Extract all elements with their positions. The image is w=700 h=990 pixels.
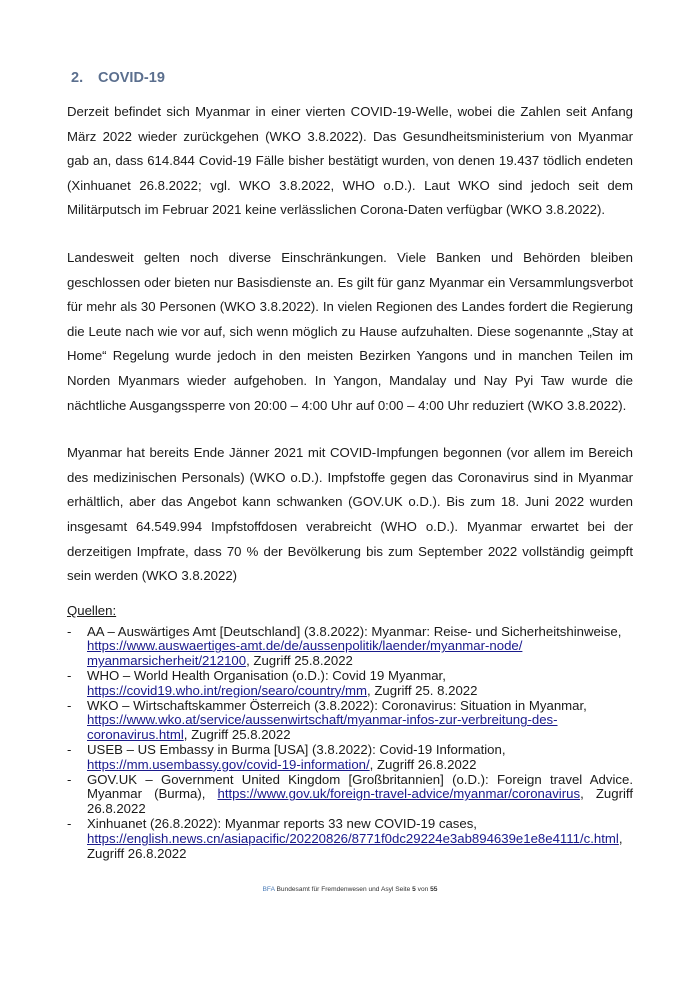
- footer-page-current: 5: [412, 886, 416, 893]
- source-access: , Zugriff 26.8.2022: [370, 757, 477, 772]
- source-item-wko: - WKO – Wirtschaftskammer Österreich (3.…: [67, 699, 633, 743]
- source-access: , Zugriff 25.8.2022: [246, 653, 353, 668]
- source-access: ,: [619, 831, 623, 846]
- source-text: Xinhuanet (26.8.2022): Myanmar reports 3…: [87, 816, 477, 831]
- source-text: WKO – Wirtschaftskammer Österreich (3.8.…: [87, 698, 587, 713]
- bullet-dash: -: [67, 669, 71, 684]
- source-access: , Zugriff 25.8.2022: [184, 727, 291, 742]
- source-item-aa: - AA – Auswärtiges Amt [Deutschland] (3.…: [67, 625, 633, 669]
- paragraph-covid-situation: Derzeit befindet sich Myanmar in einer v…: [67, 100, 633, 223]
- bfa-logo: BFA: [263, 886, 275, 893]
- sources-title: Quellen:: [67, 601, 633, 621]
- source-item-useb: - USEB – US Embassy in Burma [USA] (3.8.…: [67, 743, 633, 773]
- section-number: 2.: [71, 66, 98, 90]
- page-footer: BFA Bundesamt für Fremdenwesen und Asyl …: [0, 886, 700, 893]
- source-text: USEB – US Embassy in Burma [USA] (3.8.20…: [87, 742, 506, 757]
- document-page: 2.COVID-19 Derzeit befindet sich Myanmar…: [67, 66, 633, 861]
- source-text: WHO – World Health Organisation (o.D.): …: [87, 668, 446, 683]
- sources-list: - AA – Auswärtiges Amt [Deutschland] (3.…: [67, 625, 633, 862]
- bullet-dash: -: [67, 743, 71, 758]
- source-text: AA – Auswärtiges Amt [Deutschland] (3.8.…: [87, 624, 621, 639]
- paragraph-vaccination: Myanmar hat bereits Ende Jänner 2021 mit…: [67, 441, 633, 589]
- source-link-xinhuanet[interactable]: https://english.news.cn/asiapacific/2022…: [87, 831, 619, 846]
- source-link-govuk[interactable]: https://www.gov.uk/foreign-travel-advice…: [218, 786, 581, 801]
- source-link-wko[interactable]: https://www.wko.at/service/aussenwirtsch…: [87, 712, 558, 742]
- source-access: , Zugriff 25. 8.2022: [367, 683, 477, 698]
- bullet-dash: -: [67, 817, 71, 832]
- section-heading: 2.COVID-19: [71, 66, 633, 90]
- section-title: COVID-19: [98, 70, 165, 86]
- source-access-line2: Zugriff 26.8.2022: [87, 846, 186, 861]
- footer-page-label: Seite: [395, 886, 410, 893]
- bullet-dash: -: [67, 625, 71, 640]
- footer-page-sep: von: [418, 886, 429, 893]
- source-link-who[interactable]: https://covid19.who.int/region/searo/cou…: [87, 683, 367, 698]
- bullet-dash: -: [67, 699, 71, 714]
- bullet-dash: -: [67, 773, 71, 788]
- footer-org: Bundesamt für Fremdenwesen und Asyl: [276, 886, 393, 893]
- paragraph-restrictions: Landesweit gelten noch diverse Einschrän…: [67, 246, 633, 418]
- source-item-who: - WHO – World Health Organisation (o.D.)…: [67, 669, 633, 699]
- source-link-useb[interactable]: https://mm.usembassy.gov/covid-19-inform…: [87, 757, 370, 772]
- source-item-govuk: - GOV.UK – Government United Kingdom [Gr…: [67, 773, 633, 817]
- footer-page-total: 55: [430, 886, 437, 893]
- source-item-xinhuanet: - Xinhuanet (26.8.2022): Myanmar reports…: [67, 817, 633, 861]
